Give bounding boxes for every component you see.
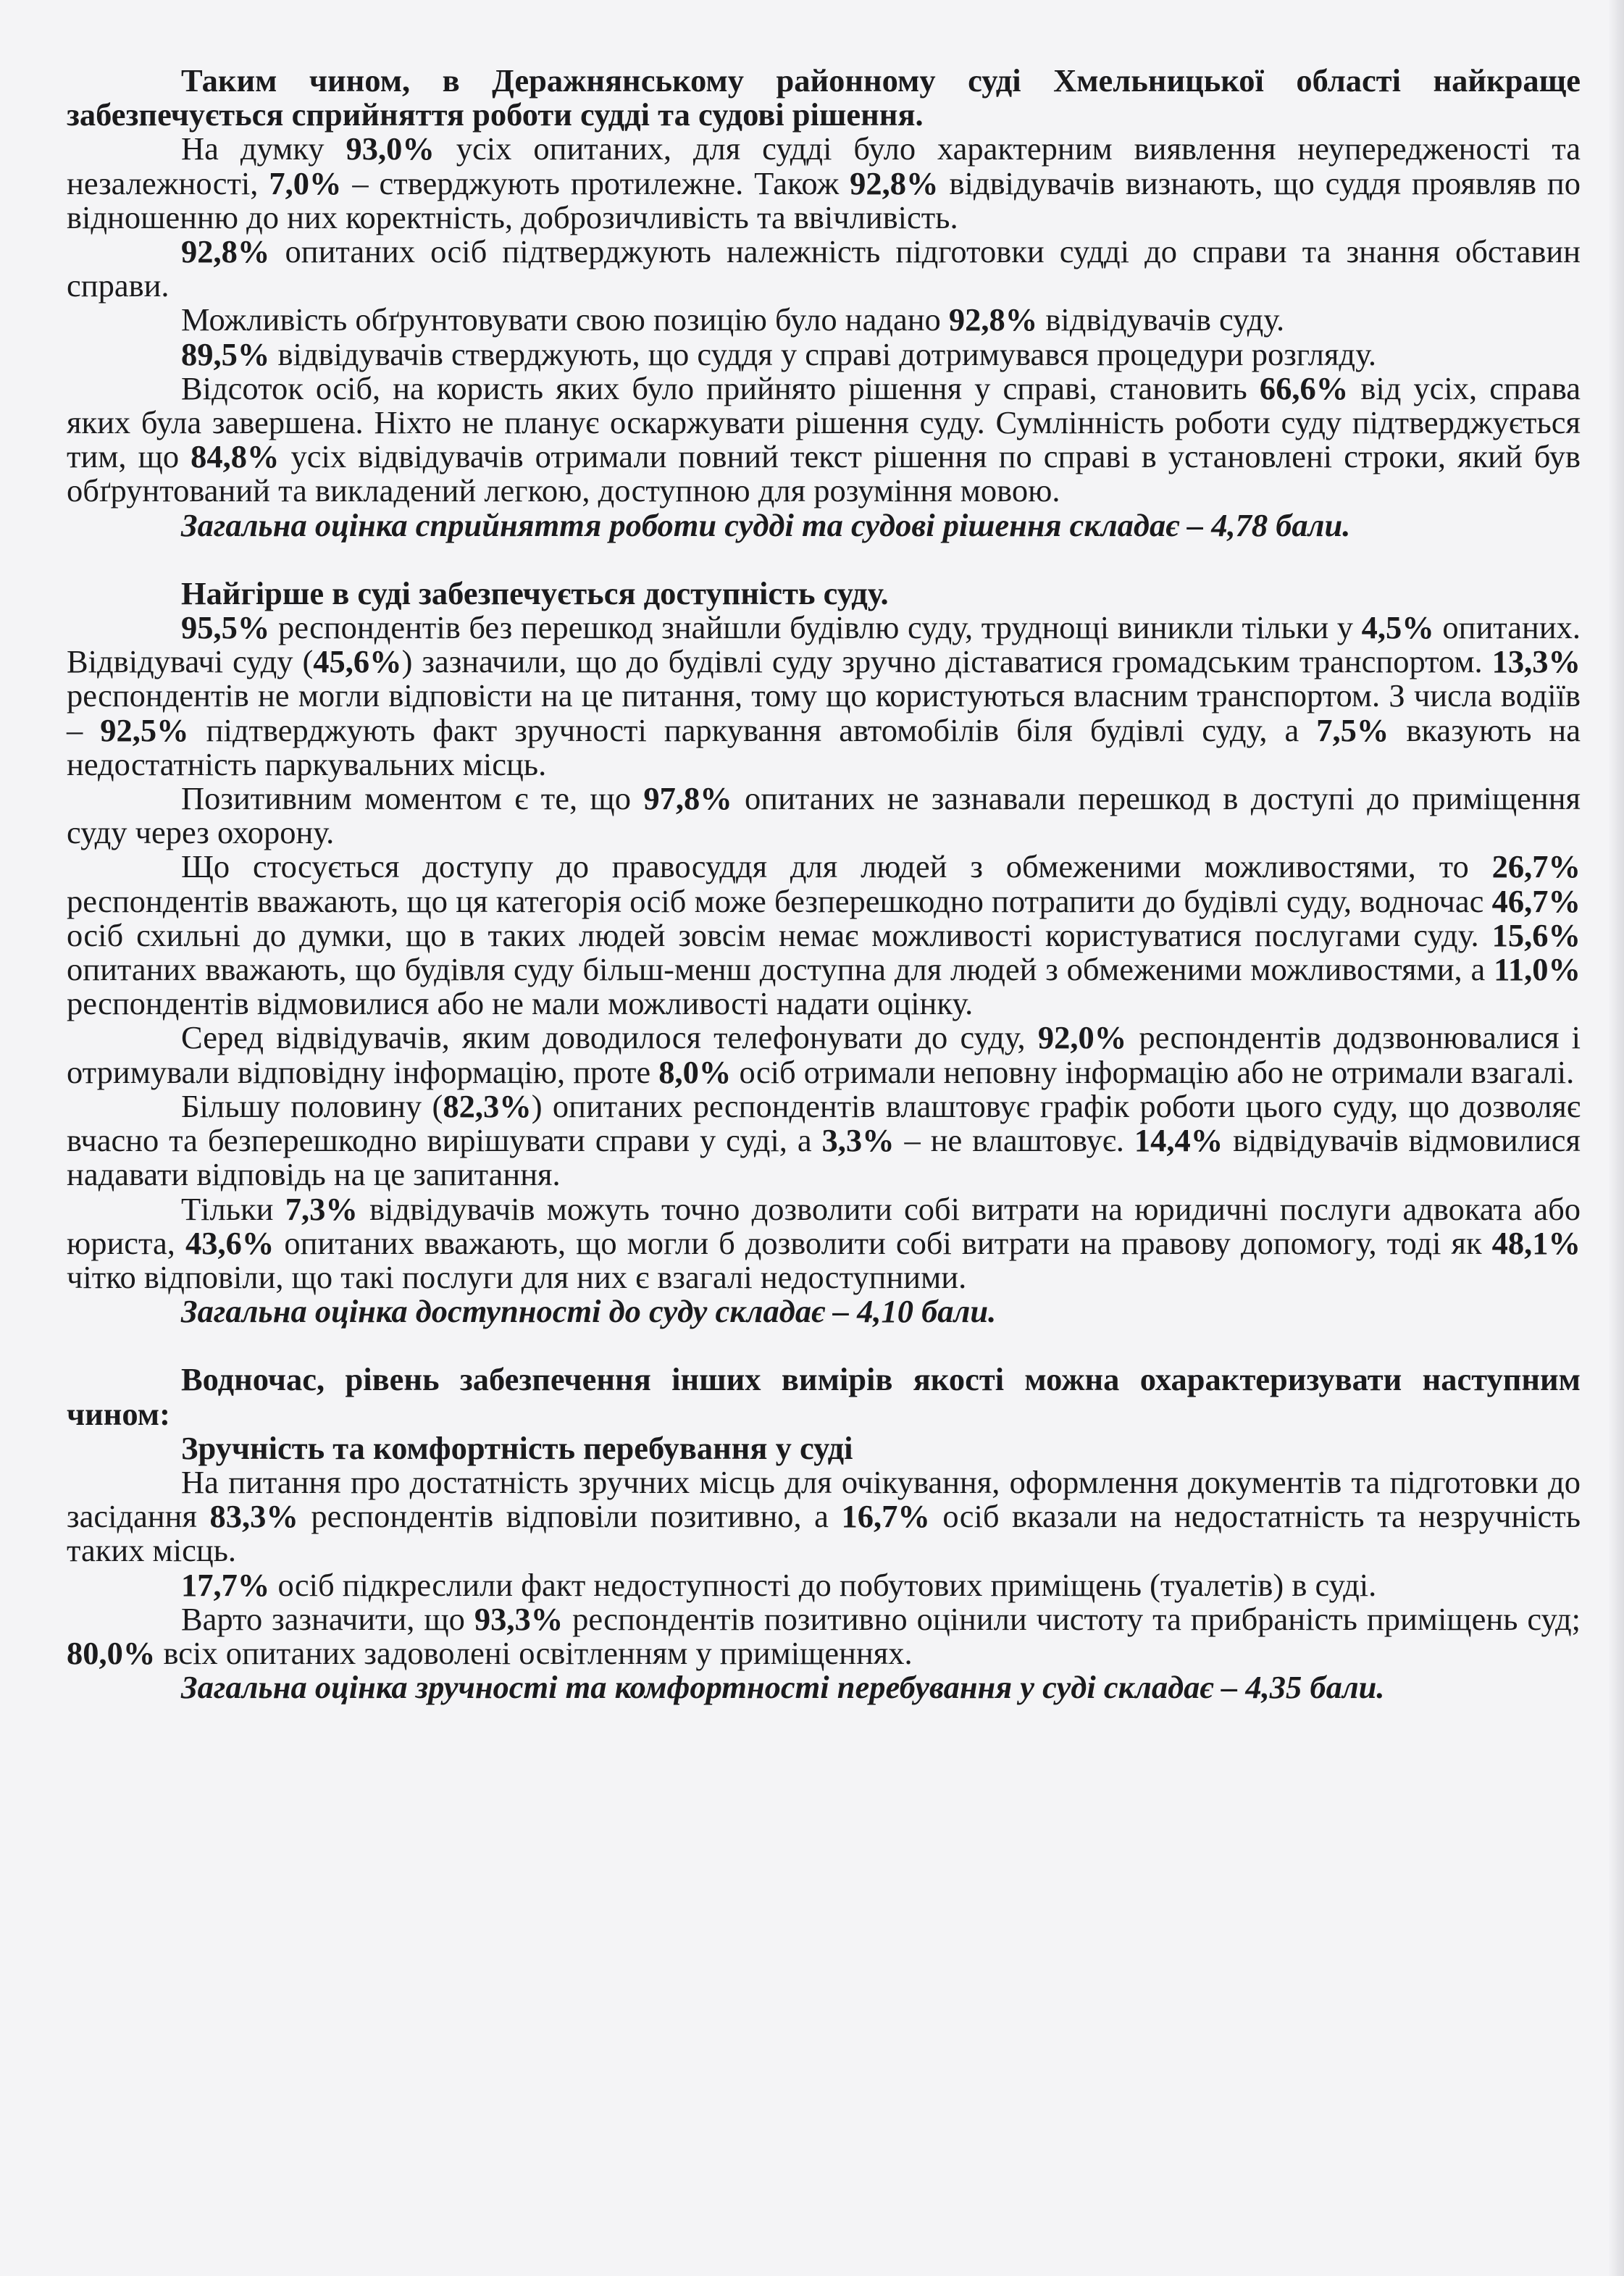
- section1-paragraph: Можливість обґрунтовувати свою позицію б…: [67, 303, 1581, 337]
- highlighted-percentage: 45,6%: [313, 643, 401, 679]
- highlighted-percentage: 43,6%: [185, 1225, 274, 1261]
- highlighted-percentage: 95,5%: [181, 609, 269, 645]
- highlighted-percentage: 17,7%: [181, 1567, 269, 1603]
- highlighted-percentage: 92,8%: [181, 233, 269, 269]
- highlighted-percentage: 92,8%: [949, 301, 1037, 338]
- highlighted-percentage: 8,0%: [658, 1054, 731, 1090]
- section3-summary: Загальна оцінка зручності та комфортност…: [67, 1670, 1581, 1704]
- section1-intro: Таким чином, в Деражнянському районному …: [67, 64, 1581, 132]
- highlighted-percentage: 13,3%: [1492, 643, 1581, 679]
- highlighted-percentage: 97,8%: [643, 780, 732, 816]
- highlighted-percentage: 48,1%: [1492, 1225, 1581, 1261]
- highlighted-percentage: 92,8%: [850, 165, 938, 201]
- section3-intro: Водночас, рівень забезпечення інших вимі…: [67, 1363, 1581, 1431]
- section2-heading: Найгірше в суді забезпечується доступніс…: [67, 577, 1581, 611]
- highlighted-percentage: 92,0%: [1038, 1019, 1126, 1055]
- highlighted-percentage: 3,3%: [822, 1122, 895, 1158]
- section2-paragraph: 95,5% респондентів без перешкод знайшли …: [67, 611, 1581, 782]
- spacer: [67, 543, 1581, 577]
- highlighted-percentage: 92,5%: [100, 712, 188, 748]
- section1-paragraph: 89,5% відвідувачів стверджують, що суддя…: [67, 338, 1581, 372]
- section3-paragraph: 17,7% осіб підкреслили факт недоступност…: [67, 1568, 1581, 1602]
- highlighted-percentage: 83,3%: [209, 1498, 298, 1534]
- section2-paragraph: Серед відвідувачів, яким доводилося теле…: [67, 1021, 1581, 1089]
- highlighted-percentage: 15,6%: [1492, 917, 1581, 953]
- section3-paragraph: На питання про достатність зручних місць…: [67, 1465, 1581, 1568]
- section1-paragraph: Відсоток осіб, на користь яких було прий…: [67, 372, 1581, 509]
- section2-paragraph: Позитивним моментом є те, що 97,8% опита…: [67, 782, 1581, 850]
- highlighted-percentage: 84,8%: [191, 438, 279, 474]
- spacer: [67, 1329, 1581, 1363]
- highlighted-percentage: 7,3%: [285, 1191, 358, 1227]
- section2-paragraph: Тільки 7,3% відвідувачів можуть точно до…: [67, 1192, 1581, 1295]
- section1-paragraph: 92,8% опитаних осіб підтверджують належн…: [67, 235, 1581, 303]
- section3-paragraph: Варто зазначити, що 93,3% респондентів п…: [67, 1602, 1581, 1670]
- highlighted-percentage: 16,7%: [841, 1498, 929, 1534]
- section2-paragraph: Що стосується доступу до правосуддя для …: [67, 850, 1581, 1021]
- highlighted-percentage: 82,3%: [443, 1088, 531, 1124]
- highlighted-percentage: 14,4%: [1134, 1122, 1223, 1158]
- highlighted-percentage: 4,5%: [1362, 609, 1434, 645]
- highlighted-percentage: 93,0%: [346, 130, 434, 167]
- highlighted-percentage: 93,3%: [474, 1601, 563, 1637]
- highlighted-percentage: 80,0%: [67, 1635, 155, 1671]
- section3-subheading: Зручність та комфортність перебування у …: [67, 1431, 1581, 1465]
- section2-paragraph: Більшу половину (82,3%) опитаних респонд…: [67, 1089, 1581, 1192]
- highlighted-percentage: 46,7%: [1492, 883, 1581, 919]
- highlighted-percentage: 26,7%: [1492, 848, 1581, 884]
- highlighted-percentage: 66,6%: [1260, 370, 1348, 406]
- highlighted-percentage: 89,5%: [181, 336, 269, 372]
- highlighted-percentage: 7,5%: [1316, 712, 1389, 748]
- document-page: Таким чином, в Деражнянському районному …: [67, 64, 1581, 1704]
- section2-summary: Загальна оцінка доступності до суду скла…: [67, 1294, 1581, 1329]
- highlighted-percentage: 7,0%: [269, 165, 341, 201]
- scan-edge-shadow: [1608, 0, 1624, 2276]
- section1-summary: Загальна оцінка сприйняття роботи судді …: [67, 509, 1581, 543]
- highlighted-percentage: 11,0%: [1494, 951, 1581, 987]
- section1-paragraph: На думку 93,0% усіх опитаних, для судді …: [67, 132, 1581, 235]
